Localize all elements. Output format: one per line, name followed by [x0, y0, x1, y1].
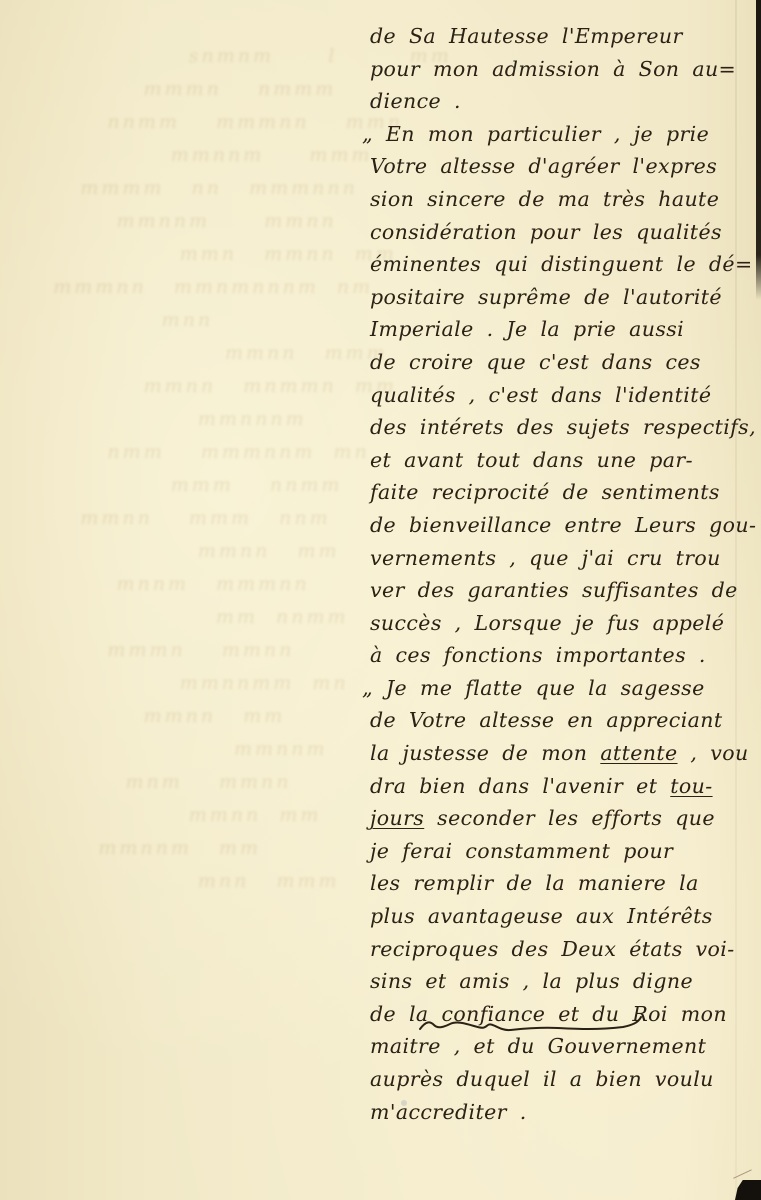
- text-line: Imperiale . Je la prie aussi: [370, 313, 730, 346]
- text-line: de Votre altesse en appreciant: [370, 704, 730, 737]
- text-line: ver des garanties suffisantes de: [370, 574, 730, 607]
- text-line: qualités , c'est dans l'identité: [370, 379, 730, 412]
- text-line: „ En mon particulier , je prie: [370, 118, 730, 151]
- text-line: „ Je me flatte que la sagesse: [370, 672, 730, 705]
- letter-body: de Sa Hautesse l'Empereur pour mon admis…: [370, 20, 730, 1128]
- text-line: dra bien dans l'avenir et tou-: [370, 770, 730, 803]
- underlined-word: tou-: [670, 774, 712, 798]
- text-line: dience .: [370, 85, 730, 118]
- underlined-word: jours: [370, 806, 424, 830]
- text-line: de croire que c'est dans ces: [370, 346, 730, 379]
- text-line: la justesse de mon attente , vou: [370, 737, 730, 770]
- bleed-through-text: snmnm l mm mmmn nmmm nnmm mmmnn mmn mmnn…: [8, 40, 338, 898]
- closing-flourish-icon: [418, 1015, 643, 1037]
- scan-edge-shadow: [756, 0, 761, 300]
- text-line: succès , Lorsque je fus appelé: [370, 607, 730, 640]
- text-line: éminentes qui distinguent le dé=: [370, 248, 730, 281]
- text-line: Votre altesse d'agréer l'expres: [370, 150, 730, 183]
- text-line: les remplir de la maniere la: [370, 867, 730, 900]
- text-line: pour mon admission à Son au=: [370, 53, 730, 86]
- text-line: de bienveillance entre Leurs gou-: [370, 509, 730, 542]
- text-line: à ces fonctions importantes .: [370, 639, 730, 672]
- text-line: positaire suprême de l'autorité: [370, 281, 730, 314]
- text-line: de Sa Hautesse l'Empereur: [370, 20, 730, 53]
- underlined-word: attente: [600, 741, 677, 765]
- paper-stain: [401, 1100, 407, 1106]
- text-line: sion sincere de ma très haute: [370, 183, 730, 216]
- text-line: je ferai constamment pour: [370, 835, 730, 868]
- text-line: jours seconder les efforts que: [370, 802, 730, 835]
- text-line: et avant tout dans une par-: [370, 444, 730, 477]
- text-line: vernements , que j'ai cru trou: [370, 542, 730, 575]
- text-line: reciproques des Deux états voi-: [370, 933, 730, 966]
- text-line: auprès duquel il a bien voulu: [370, 1063, 730, 1096]
- text-line: m'accrediter .: [370, 1096, 730, 1129]
- text-line: considération pour les qualités: [370, 216, 730, 249]
- text-line: sins et amis , la plus digne: [370, 965, 730, 998]
- text-line: plus avantageuse aux Intérêts: [370, 900, 730, 933]
- text-line: des intérets des sujets respectifs,: [370, 411, 730, 444]
- letter-page: snmnm l mm mmmn nmmm nnmm mmmnn mmn mmnn…: [0, 0, 761, 1200]
- text-line: faite reciprocité de sentiments: [370, 476, 730, 509]
